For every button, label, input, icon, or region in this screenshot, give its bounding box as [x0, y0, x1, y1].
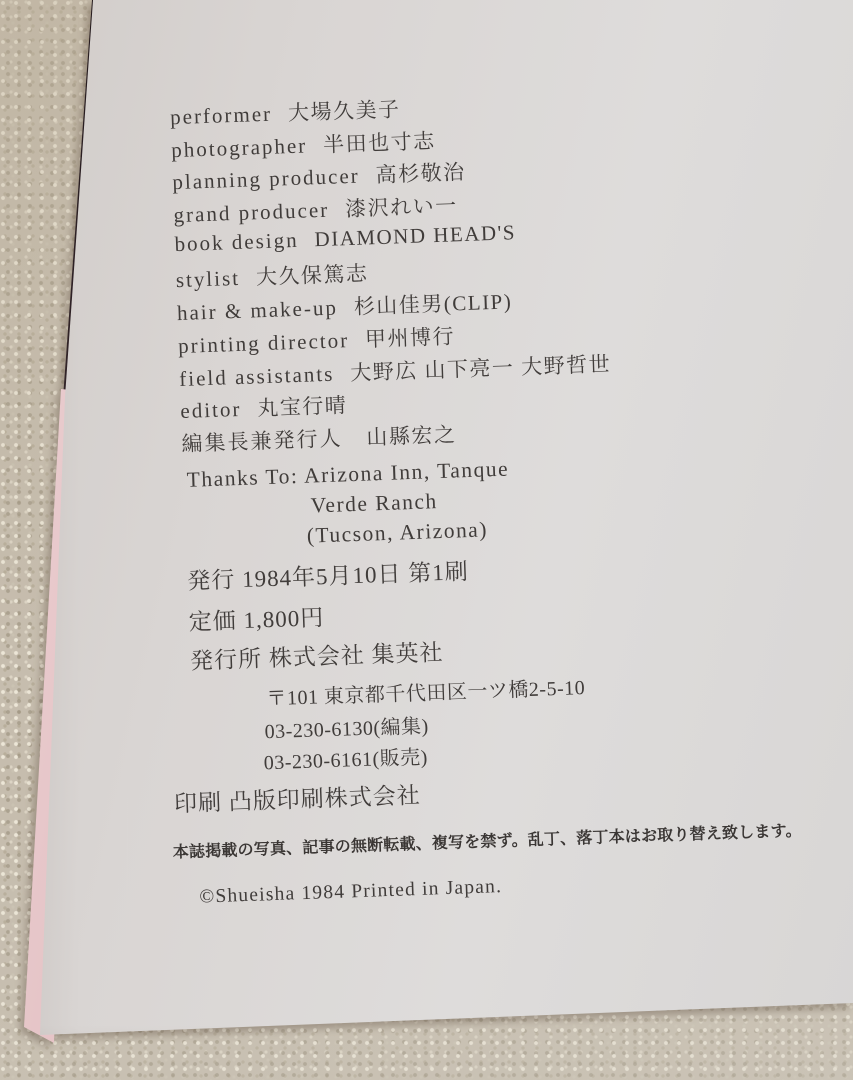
credit-name: 大久保篤志 — [256, 262, 369, 290]
credit-role: field assistants — [179, 361, 335, 390]
credit-name: 甲州博行 — [365, 324, 456, 351]
credit-name: 半田也寸志 — [323, 129, 436, 157]
book: performer大場久美子 photographer半田也寸志 plannin… — [0, 0, 853, 1080]
credit-role: book design — [174, 228, 299, 256]
credit-role: grand producer — [173, 198, 329, 227]
credit-name: 山縣宏之 — [366, 422, 457, 449]
credit-name: 高杉敬治 — [375, 160, 466, 187]
credit-role: photographer — [171, 133, 308, 162]
credit-name: 杉山佳男(CLIP) — [353, 290, 512, 320]
credit-name: 大場久美子 — [288, 97, 401, 125]
credit-name: 丸宝行晴 — [257, 393, 348, 420]
credit-role: printing director — [178, 328, 350, 358]
credit-role: planning producer — [172, 164, 360, 195]
credit-name: 漆沢れい一 — [345, 193, 458, 221]
credit-role: editor — [180, 397, 242, 423]
credit-name: 大野広 山下亮一 大野哲世 — [350, 351, 612, 384]
credit-role: stylist — [175, 266, 240, 292]
colophon-text-block: performer大場久美子 photographer半田也寸志 plannin… — [88, 0, 853, 911]
credit-role: hair & make-up — [177, 296, 339, 326]
credit-role: 編集長兼発行人 — [181, 426, 343, 456]
credit-role: performer — [170, 102, 273, 130]
